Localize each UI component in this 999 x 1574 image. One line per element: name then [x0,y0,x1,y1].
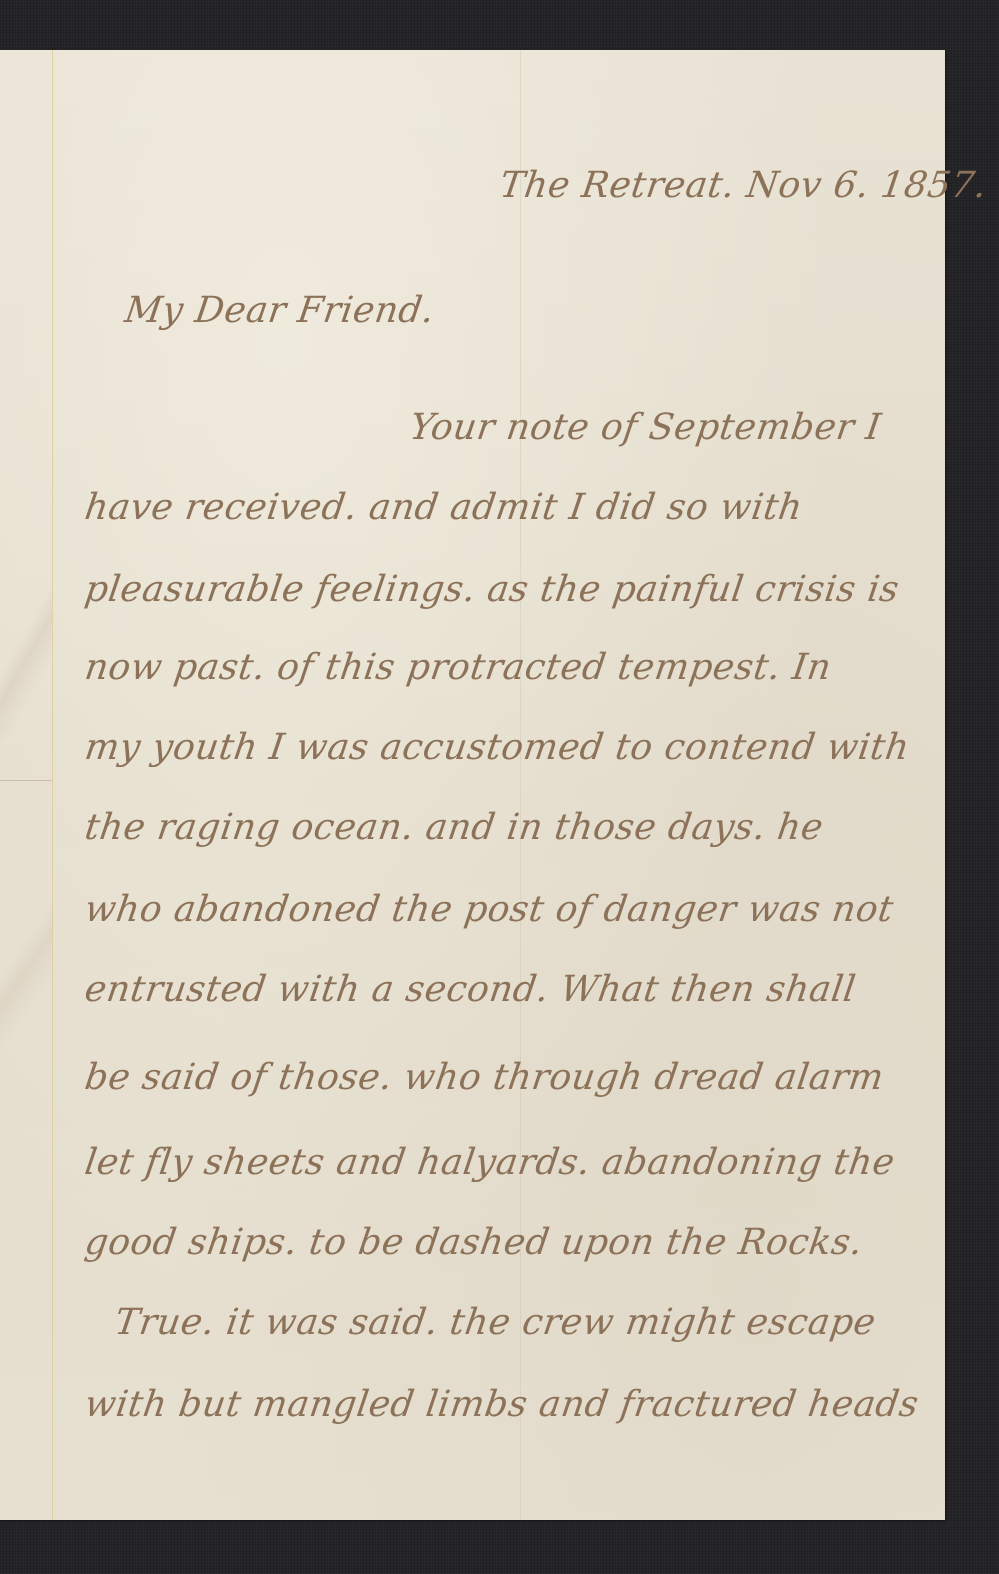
letter-line: let fly sheets and halyards. abandoning … [82,1145,896,1181]
bleed-through-margin [0,50,52,1520]
letter-line: my youth I was accustomed to contend wit… [82,730,911,766]
letter-line: who abandoned the post of danger was not [82,892,895,928]
letter-line: entrusted with a second. What then shall [82,972,858,1008]
fold-line-left [52,50,53,1520]
fold-line-horizontal [0,780,52,781]
fold-line-center [520,50,521,1520]
letter-line: pleasurable feelings. as the painful cri… [82,572,901,608]
letter-line: good ships. to be dashed upon the Rocks. [82,1225,864,1261]
letter-line: have received. and admit I did so with [82,490,804,526]
letter-line: be said of those. who through dread alar… [82,1060,886,1096]
letter-line: Your note of September I [407,410,883,446]
letter-line: with but mangled limbs and fractured hea… [82,1387,920,1423]
dateline-place: The Retreat. [497,165,737,206]
dateline-date: Nov 6. 1857. [744,165,990,206]
letter-line: the raging ocean. and in those days. he [82,810,825,846]
letter-line: True. it was said. the crew might escape [112,1305,878,1341]
salutation: My Dear Friend. [122,293,436,329]
letter-line: now past. of this protracted tempest. In [82,650,833,686]
letter-page: The Retreat. Nov 6. 1857. My Dear Friend… [0,50,945,1520]
dateline: The Retreat. Nov 6. 1857. [497,168,989,204]
